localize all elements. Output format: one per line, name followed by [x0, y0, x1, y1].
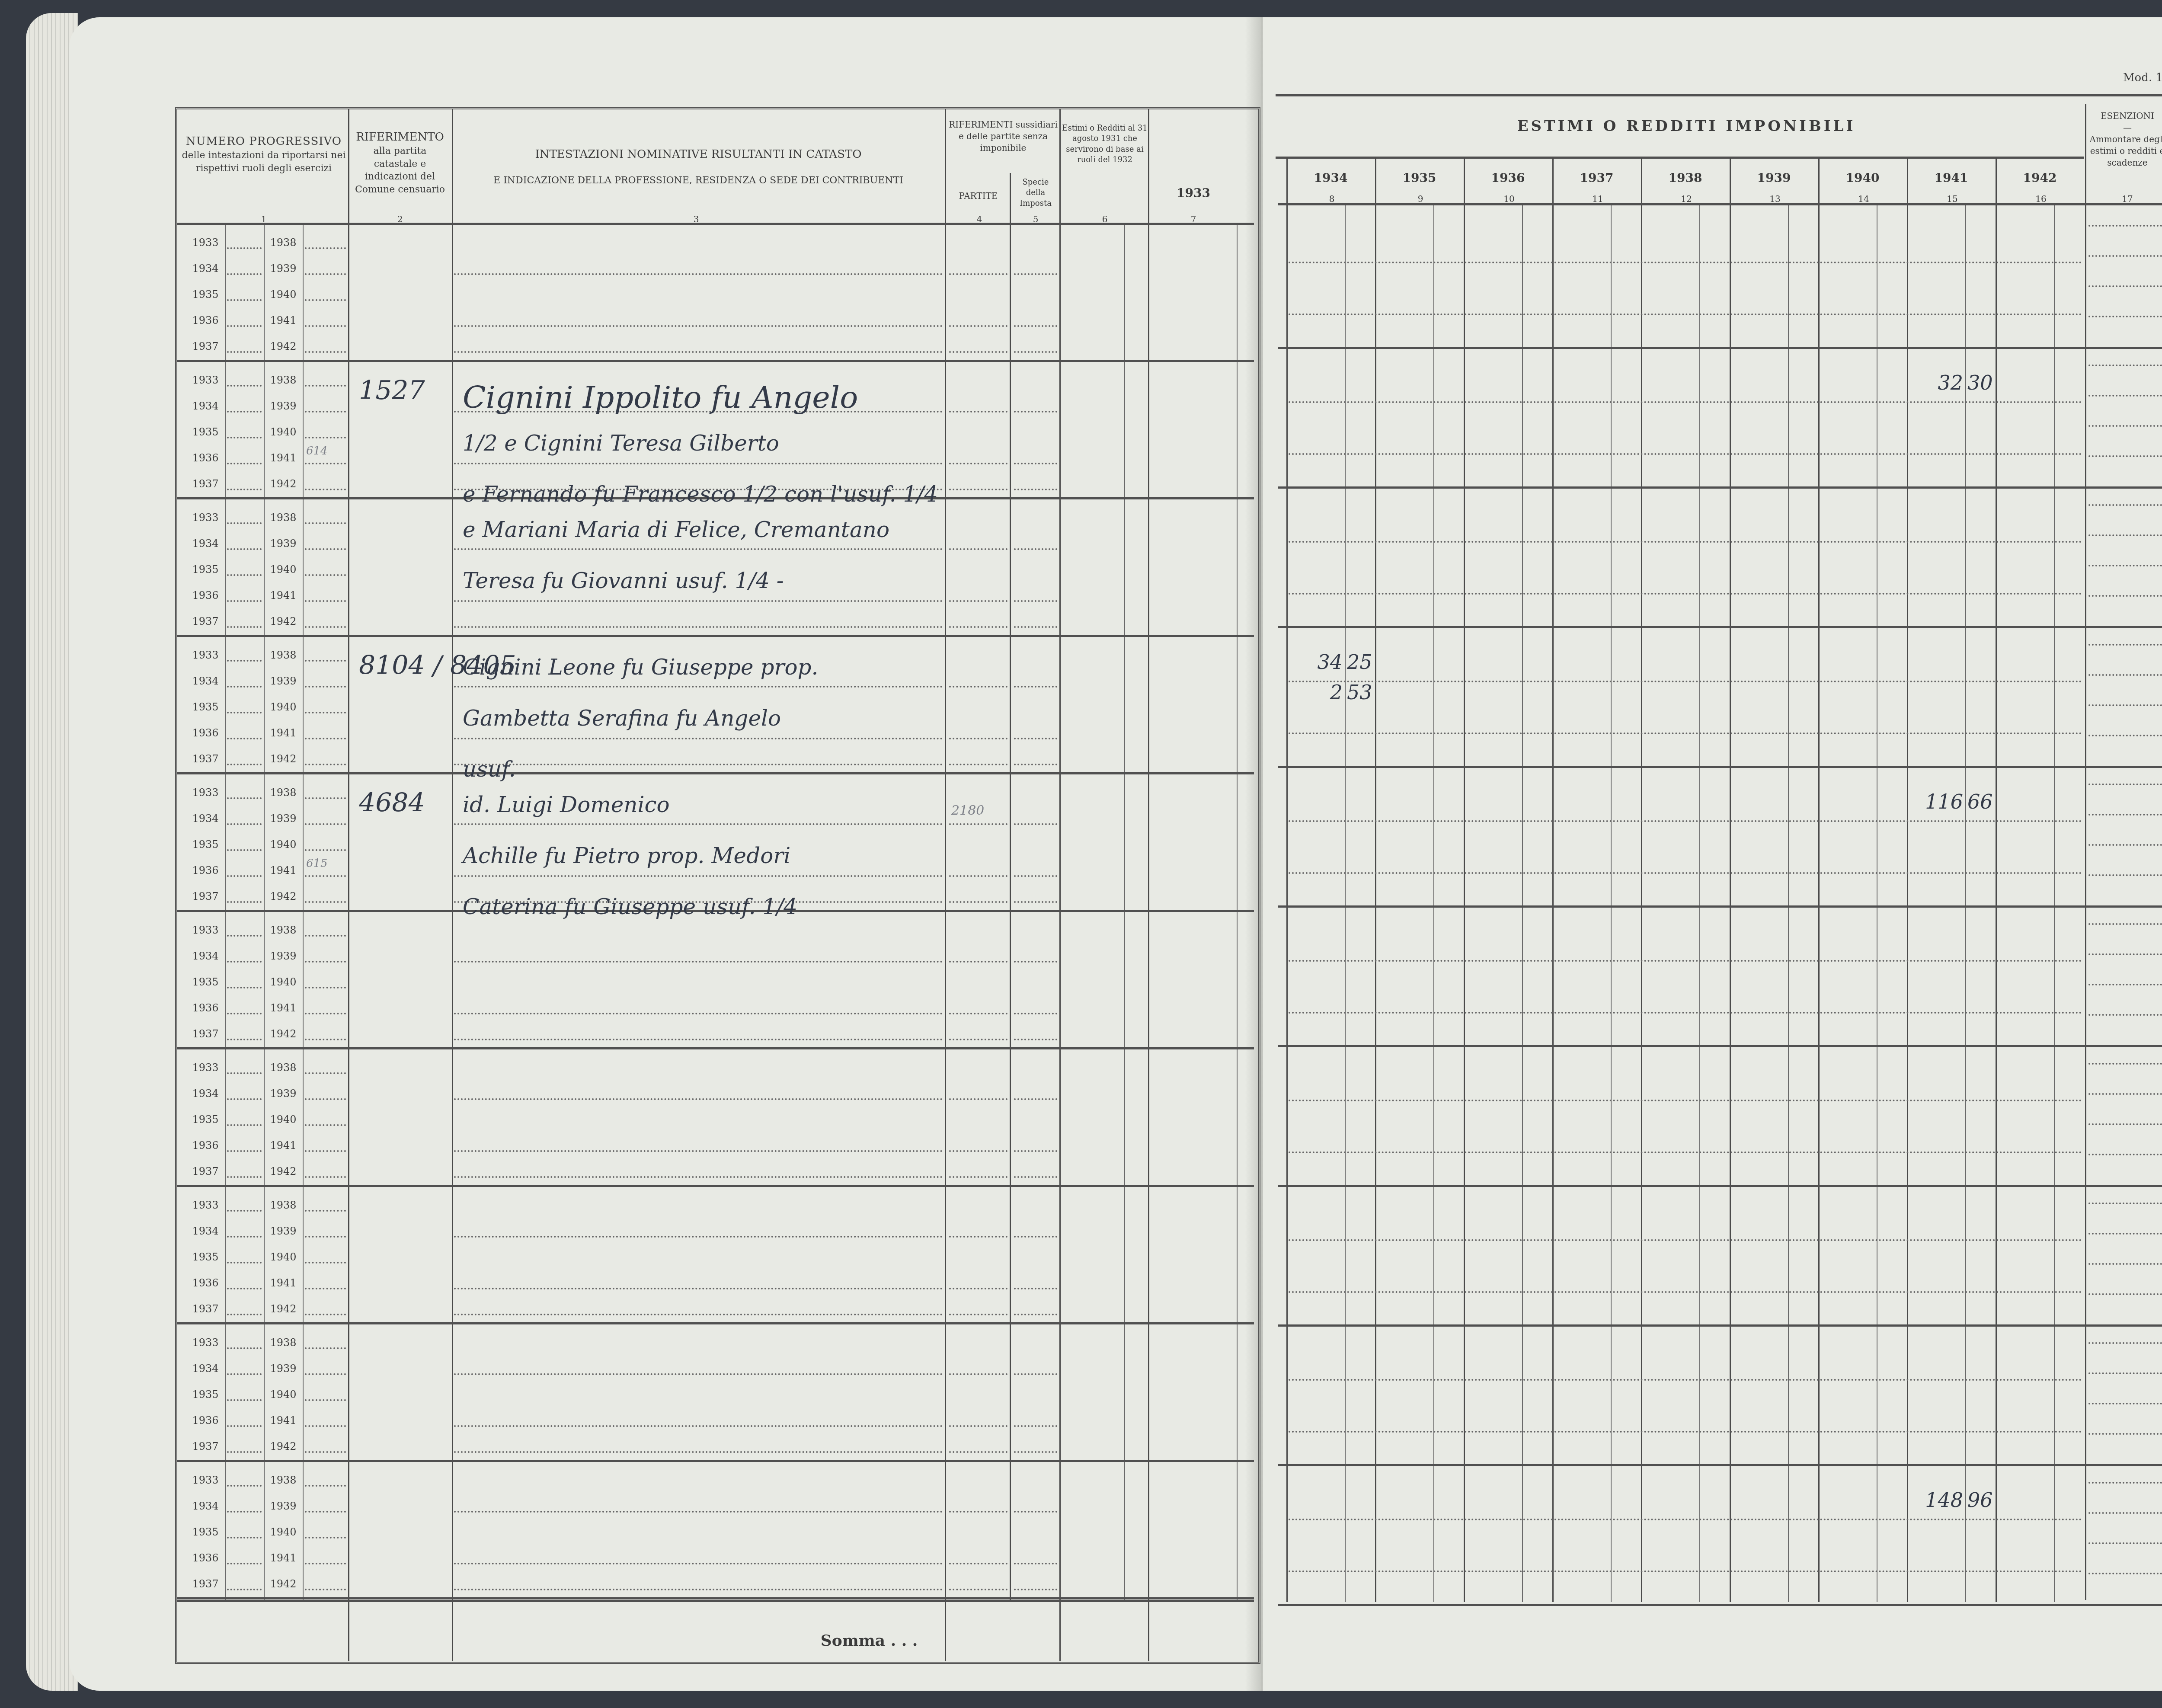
dotted-rule: [305, 574, 346, 576]
dotted-rule: [2088, 316, 2162, 317]
dotted-rule: [949, 1563, 1007, 1564]
col17-number: 17: [2121, 194, 2134, 204]
year-label: 1934: [190, 1225, 221, 1237]
partita-number: 4684: [359, 788, 425, 818]
year-label: 1942: [268, 1578, 298, 1590]
year-label: 1939: [268, 675, 298, 687]
dotted-rule: [227, 411, 262, 413]
cent-divider: [1611, 205, 1612, 1602]
year-label: 1937: [190, 615, 221, 627]
dotted-rule: [227, 1150, 262, 1152]
year-label: 1937: [190, 478, 221, 490]
estimate-cent: 66: [1967, 790, 1993, 813]
dotted-rule: [2088, 1512, 2162, 1514]
years-top-rule: [1276, 157, 2084, 159]
writing-line: [454, 875, 943, 877]
dotted-rule: [2088, 874, 2162, 876]
col1-title: NUMERO PROGRESSIVO: [179, 134, 348, 149]
dotted-rule: [2088, 1154, 2162, 1155]
dotted-rule: [305, 660, 346, 662]
dotted-rule: [305, 686, 346, 688]
year-label: 1933: [190, 237, 221, 249]
dotted-rule: [2088, 595, 2162, 597]
entry-separator: [177, 1322, 1254, 1324]
year-label: 1941: [268, 1139, 298, 1151]
year-label: 1941: [268, 1002, 298, 1014]
dotted-rule: [305, 1425, 346, 1427]
dotted-rule: [227, 1072, 262, 1074]
year-col-number: 13: [1769, 194, 1781, 204]
year-col-divider: [1375, 158, 1376, 1602]
entry-separator: [1278, 1464, 2162, 1466]
dotted-rule: [2088, 425, 2162, 427]
year-col-number: 11: [1591, 194, 1604, 204]
col-divider: [225, 225, 226, 1600]
dotted-rule: [227, 1537, 262, 1538]
year-label: 1937: [190, 1303, 221, 1315]
dotted-rule: [227, 1314, 262, 1315]
year-label: 1933: [190, 512, 221, 524]
year-label: 1939: [268, 812, 298, 825]
dotted-rule: [305, 987, 346, 988]
dotted-rule: [2088, 1293, 2162, 1295]
year-label: 1938: [268, 787, 298, 799]
year-col-divider: [1730, 158, 1731, 1602]
estimi-group-title: ESTIMI O REDDITI IMPONIBILI: [1297, 117, 2076, 137]
year-label: 1936: [190, 1552, 221, 1564]
dotted-rule: [1289, 1291, 2082, 1293]
dotted-rule: [227, 273, 262, 275]
writing-line: [454, 1013, 943, 1014]
year-label: 1935: [190, 1526, 221, 1538]
year-label: 1935: [190, 838, 221, 851]
year-label: 1941: [268, 1277, 298, 1289]
dotted-rule: [1289, 593, 2082, 595]
entry-separator: [177, 635, 1254, 637]
dotted-rule: [227, 1425, 262, 1427]
dotted-rule: [305, 1314, 346, 1315]
dotted-rule: [227, 247, 262, 249]
col-divider: [1148, 109, 1149, 1661]
dotted-rule: [305, 1072, 346, 1074]
dotted-rule: [2088, 1433, 2162, 1435]
estimate-cent: 53: [1347, 681, 1372, 704]
dotted-rule: [949, 1511, 1007, 1513]
dotted-rule: [227, 823, 262, 825]
taxpayer-line: e Mariani Maria di Felice, Cremantano: [463, 517, 889, 542]
dotted-rule: [227, 1373, 262, 1375]
dotted-rule: [305, 489, 346, 490]
year-label: 1938: [268, 924, 298, 936]
year-col-number: 12: [1680, 194, 1693, 204]
dotted-rule: [949, 489, 1007, 490]
entry-separator: [177, 360, 1254, 362]
year-header: 1935: [1375, 171, 1464, 185]
year-label: 1937: [190, 340, 221, 352]
writing-line: [454, 823, 943, 825]
year-header: 1939: [1730, 171, 1818, 185]
estimate-lire: 148: [1920, 1488, 1963, 1512]
year-col-number: 9: [1414, 194, 1427, 204]
dotted-rule: [1289, 872, 2082, 874]
dotted-rule: [949, 1013, 1007, 1014]
year-label: 1936: [190, 1277, 221, 1289]
year-label: 1936: [190, 1414, 221, 1427]
dotted-rule: [305, 1176, 346, 1178]
year-label: 1935: [190, 701, 221, 713]
dotted-rule: [227, 437, 262, 438]
left-table-frame: [175, 107, 1260, 1664]
dotted-rule: [1014, 1589, 1057, 1590]
dotted-rule: [2088, 1233, 2162, 1235]
entry-separator: [1278, 1045, 2162, 1047]
year-label: 1935: [190, 426, 221, 438]
dotted-rule: [1289, 1570, 2082, 1572]
dotted-rule: [1289, 541, 2082, 543]
form-id: Mod. 111 - Imposte Dirette (Intercalare)…: [2123, 71, 2162, 84]
year-col-number: 14: [1857, 194, 1870, 204]
dotted-rule: [1289, 262, 2082, 263]
dotted-rule: [949, 961, 1007, 963]
header-bottom-rule: [177, 223, 1254, 225]
dotted-rule: [949, 1098, 1007, 1100]
col-divider: [945, 109, 946, 1661]
dotted-rule: [1014, 1176, 1057, 1178]
dotted-rule: [227, 1098, 262, 1100]
dotted-rule: [305, 385, 346, 387]
side-note: 615: [306, 857, 328, 870]
dotted-rule: [1014, 1236, 1057, 1238]
col1-header: NUMERO PROGRESSIVO delle intestazioni da…: [179, 134, 348, 175]
year-label: 1942: [268, 1165, 298, 1177]
dotted-rule: [949, 1373, 1007, 1375]
year-label: 1940: [268, 701, 298, 713]
writing-line: [454, 1150, 943, 1152]
writing-line: [454, 1314, 943, 1315]
dotted-rule: [949, 273, 1007, 275]
col-divider: [264, 225, 265, 1600]
col2-title: RIFERIMENTO: [350, 130, 450, 145]
entry-separator: [1278, 347, 2162, 349]
writing-line: [454, 273, 943, 275]
dotted-rule: [2088, 1014, 2162, 1016]
writing-line: [454, 463, 943, 464]
year-label: 1935: [190, 1388, 221, 1401]
entry-separator: [177, 1047, 1254, 1049]
year-label: 1936: [190, 1002, 221, 1014]
dotted-rule: [227, 1347, 262, 1349]
year-label: 1942: [268, 615, 298, 627]
year-label: 1935: [190, 976, 221, 988]
dotted-rule: [949, 1314, 1007, 1315]
col17-dash: —: [2088, 122, 2162, 134]
table-bottom-rule: [177, 1600, 1254, 1602]
dotted-rule: [1289, 820, 2082, 822]
cent-divider: [1965, 205, 1966, 1602]
year-label: 1940: [268, 1251, 298, 1263]
entry-separator: [1278, 1324, 2162, 1327]
writing-line: [454, 548, 943, 550]
dotted-rule: [2088, 1063, 2162, 1065]
dotted-rule: [2088, 844, 2162, 846]
writing-line: [454, 764, 943, 765]
col3-title: INTESTAZIONI NOMINATIVE RISULTANTI IN CA…: [454, 147, 943, 162]
writing-line: [454, 1451, 943, 1453]
writing-line: [454, 1236, 943, 1238]
dotted-rule: [1014, 411, 1057, 413]
col17-subtitle: Ammontare degli estimi o redditi e scade…: [2088, 134, 2162, 169]
dotted-rule: [2088, 285, 2162, 287]
dotted-rule: [2088, 704, 2162, 706]
dotted-rule: [227, 626, 262, 628]
dotted-rule: [305, 961, 346, 963]
dotted-rule: [305, 463, 346, 464]
year-label: 1939: [268, 1500, 298, 1512]
col-divider: [1237, 225, 1238, 1600]
dotted-rule: [1014, 1373, 1057, 1375]
dotted-rule: [305, 247, 346, 249]
entry-separator: [177, 1460, 1254, 1462]
dotted-rule: [305, 797, 346, 799]
dotted-rule: [1014, 764, 1057, 765]
dotted-rule: [305, 411, 346, 413]
dotted-rule: [227, 935, 262, 937]
col7-header: 1933: [1150, 186, 1237, 200]
writing-line: [454, 1288, 943, 1289]
year-label: 1938: [268, 1474, 298, 1486]
dotted-rule: [227, 1451, 262, 1453]
dotted-rule: [949, 1150, 1007, 1152]
writing-line: [454, 1511, 943, 1513]
dotted-rule: [227, 764, 262, 765]
dotted-rule: [305, 273, 346, 275]
dotted-rule: [1014, 325, 1057, 327]
dotted-rule: [949, 548, 1007, 550]
dotted-rule: [949, 1425, 1007, 1427]
cent-divider: [1433, 205, 1434, 1602]
year-label: 1939: [268, 400, 298, 412]
dotted-rule: [227, 1176, 262, 1178]
year-label: 1940: [268, 288, 298, 301]
entry-separator: [1278, 766, 2162, 768]
dotted-rule: [305, 548, 346, 550]
entry-separator: [1278, 1604, 2162, 1606]
year-label: 1934: [190, 262, 221, 275]
col3-subtitle: E INDICAZIONE DELLA PROFESSIONE, RESIDEN…: [454, 174, 943, 187]
year-header: 1936: [1464, 171, 1552, 185]
year-label: 1937: [190, 1440, 221, 1452]
dotted-rule: [227, 574, 262, 576]
year-label: 1938: [268, 374, 298, 386]
writing-line: [454, 1563, 943, 1564]
year-label: 1935: [190, 288, 221, 301]
dotted-rule: [227, 987, 262, 988]
taxpayer-line: Cignini Ippolito fu Angelo: [463, 380, 858, 415]
dotted-rule: [2088, 395, 2162, 397]
dotted-rule: [305, 325, 346, 327]
right-page: [1263, 17, 2162, 1691]
dotted-rule: [949, 1236, 1007, 1238]
dotted-rule: [227, 1236, 262, 1238]
year-label: 1938: [268, 1062, 298, 1074]
year-label: 1936: [190, 314, 221, 326]
dotted-rule: [305, 1399, 346, 1401]
year-header: 1942: [1996, 171, 2084, 185]
dotted-rule: [227, 1210, 262, 1212]
dotted-rule: [949, 1589, 1007, 1590]
estimate-cent: 25: [1347, 650, 1372, 674]
dotted-rule: [1014, 738, 1057, 739]
dotted-rule: [305, 1511, 346, 1513]
dotted-rule: [227, 600, 262, 602]
year-label: 1942: [268, 1303, 298, 1315]
year-label: 1934: [190, 675, 221, 687]
dotted-rule: [1014, 901, 1057, 903]
dotted-rule: [227, 1511, 262, 1513]
entry-separator: [1278, 486, 2162, 489]
year-header: 1940: [1818, 171, 1907, 185]
dotted-rule: [1014, 489, 1057, 490]
year-label: 1939: [268, 537, 298, 550]
entry-separator: [177, 1597, 1254, 1599]
dotted-rule: [2088, 1482, 2162, 1484]
dotted-rule: [227, 351, 262, 353]
year-label: 1934: [190, 1363, 221, 1375]
taxpayer-line: Caterina fu Giuseppe usuf. 1/4: [463, 894, 797, 919]
dotted-rule: [2088, 455, 2162, 457]
taxpayer-line: e Fernando fu Francesco 1/2 con l'usuf. …: [463, 482, 938, 507]
year-label: 1934: [190, 950, 221, 962]
year-label: 1933: [190, 649, 221, 661]
year-label: 1934: [190, 1500, 221, 1512]
col17-header: ESENZIONI — Ammontare degli estimi o red…: [2088, 110, 2162, 169]
dotted-rule: [2088, 735, 2162, 736]
year-label: 1934: [190, 537, 221, 550]
dotted-rule: [949, 875, 1007, 877]
dotted-rule: [1014, 351, 1057, 353]
dotted-rule: [949, 823, 1007, 825]
taxpayer-line: 1/2 e Cignini Teresa Gilberto: [463, 431, 779, 456]
dotted-rule: [1289, 681, 2082, 682]
dotted-rule: [227, 1013, 262, 1014]
dotted-rule: [305, 351, 346, 353]
year-label: 1938: [268, 1337, 298, 1349]
dotted-rule: [2088, 814, 2162, 816]
dotted-rule: [305, 901, 346, 903]
side-note: 614: [306, 445, 328, 457]
year-label: 1940: [268, 1526, 298, 1538]
year-col-number: 15: [1946, 194, 1959, 204]
dotted-rule: [305, 712, 346, 713]
year-header: 1941: [1907, 171, 1996, 185]
dotted-rule: [305, 1124, 346, 1126]
col3-header: INTESTAZIONI NOMINATIVE RISULTANTI IN CA…: [454, 147, 943, 187]
year-label: 1933: [190, 374, 221, 386]
entry-separator: [1278, 1185, 2162, 1187]
dotted-rule: [305, 1288, 346, 1289]
year-label: 1933: [190, 1337, 221, 1349]
dotted-rule: [305, 935, 346, 937]
writing-line: [454, 351, 943, 353]
year-label: 1936: [190, 727, 221, 739]
estimate-cent: 30: [1967, 371, 1993, 394]
dotted-rule: [305, 823, 346, 825]
writing-line: [454, 1425, 943, 1427]
dotted-rule: [305, 1150, 346, 1152]
dotted-rule: [305, 1373, 346, 1375]
year-label: 1934: [190, 1087, 221, 1100]
year-label: 1939: [268, 1087, 298, 1100]
year-col-number: 10: [1503, 194, 1516, 204]
dotted-rule: [1014, 1425, 1057, 1427]
partita-number: 1527: [359, 375, 425, 406]
dotted-rule: [949, 764, 1007, 765]
dotted-rule: [1289, 732, 2082, 734]
dotted-rule: [2088, 1123, 2162, 1125]
dotted-rule: [1014, 626, 1057, 628]
dotted-rule: [227, 1124, 262, 1126]
year-label: 1938: [268, 237, 298, 249]
taxpayer-line: Teresa fu Giovanni usuf. 1/4 -: [463, 568, 784, 593]
dotted-rule: [227, 522, 262, 524]
taxpayer-line: usuf.: [463, 757, 516, 782]
dotted-rule: [1014, 1098, 1057, 1100]
writing-line: [454, 961, 943, 963]
dotted-rule: [305, 1537, 346, 1538]
year-label: 1937: [190, 1165, 221, 1177]
dotted-rule: [227, 712, 262, 713]
dotted-rule: [1014, 875, 1057, 877]
year-label: 1942: [268, 753, 298, 765]
dotted-rule: [2088, 1542, 2162, 1544]
header-bottom-rule: [1278, 203, 2162, 205]
year-label: 1939: [268, 950, 298, 962]
year-label: 1941: [268, 864, 298, 876]
dotted-rule: [1014, 600, 1057, 602]
writing-line: [454, 325, 943, 327]
dotted-rule: [1014, 1039, 1057, 1040]
dotted-rule: [305, 600, 346, 602]
year-label: 1942: [268, 1028, 298, 1040]
col4-header: PARTITE: [947, 190, 1010, 202]
dotted-rule: [305, 1347, 346, 1349]
dotted-rule: [1014, 1288, 1057, 1289]
cent-divider: [1788, 205, 1789, 1602]
col17-title: ESENZIONI: [2088, 110, 2162, 122]
col2-header: RIFERIMENTO alla partita catastale e ind…: [350, 130, 450, 196]
dotted-rule: [2088, 1263, 2162, 1265]
dotted-rule: [949, 738, 1007, 739]
year-label: 1942: [268, 890, 298, 902]
year-label: 1936: [190, 589, 221, 601]
dotted-rule: [305, 1210, 346, 1212]
dotted-rule: [227, 299, 262, 301]
dotted-rule: [227, 385, 262, 387]
year-label: 1939: [268, 1225, 298, 1237]
year-col-divider: [1907, 158, 1908, 1602]
dotted-rule: [949, 626, 1007, 628]
dotted-rule: [305, 1451, 346, 1453]
dotted-rule: [227, 961, 262, 963]
dotted-rule: [227, 797, 262, 799]
estimate-cent: 96: [1967, 1488, 1993, 1512]
taxpayer-line: Gambetta Serafina fu Angelo: [463, 706, 781, 731]
writing-line: [454, 1098, 943, 1100]
dotted-rule: [1014, 1563, 1057, 1564]
year-header: 1937: [1552, 171, 1641, 185]
dotted-rule: [305, 299, 346, 301]
dotted-rule: [227, 875, 262, 877]
